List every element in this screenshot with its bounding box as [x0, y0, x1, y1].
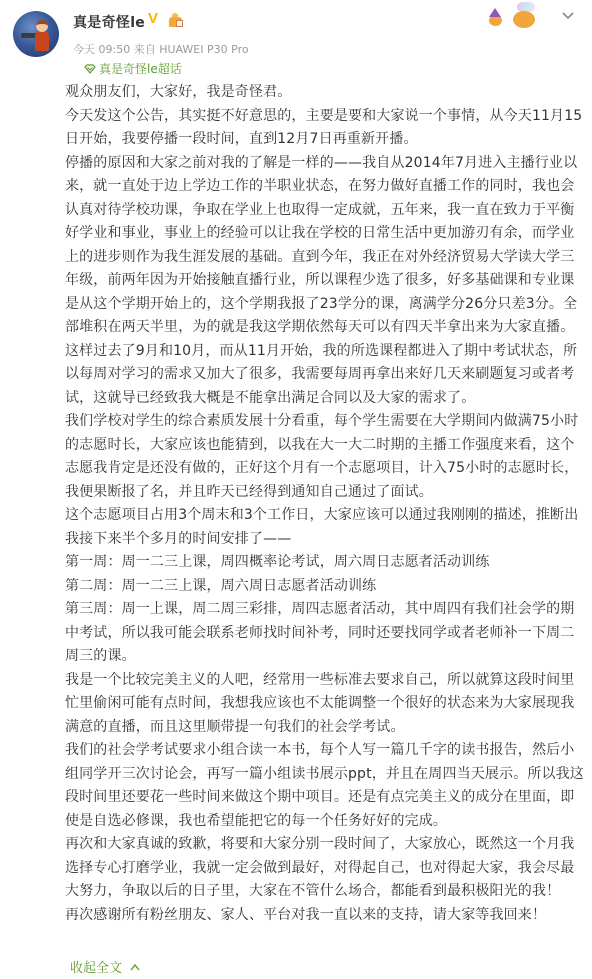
author-name[interactable]: 真是奇怪le: [73, 12, 145, 32]
post-paragraph: 再次和大家真诚的致歉，将要和大家分别一段时间了，大家放心，既然这一个月我选择专心…: [65, 833, 585, 904]
post-paragraph: 停播的原因和大家之前对我的了解是一样的——我自从2014年7月进入主播行业以来，…: [65, 152, 585, 411]
post-paragraph: 我们的社会学考试要求小组合读一本书，每个人写一篇几千字的读书报告，然后小组同学开…: [65, 739, 585, 833]
post-header: 真是奇怪le V 今天 09:50 来自 HUAWEI P30 Pro 真是奇怪…: [0, 0, 592, 84]
supertopic-label: 真是奇怪le超话: [99, 60, 182, 77]
post-paragraph: 第二周：周一二三上课，周六周日志愿者活动训练: [65, 575, 585, 599]
chevron-down-icon[interactable]: [561, 8, 575, 22]
post-paragraph: 观众朋友们，大家好，我是奇怪君。: [65, 81, 585, 105]
post-paragraph: 再次感谢所有粉丝朋友、家人、平台对我一直以来的支持，请大家等我回来！: [65, 904, 585, 928]
halloween-pumpkin-decoration: [485, 2, 547, 30]
post-paragraph: 第一周：周一二三上课，周四概率论考试，周六周日志愿者活动训练: [65, 551, 585, 575]
vip-v-icon: V: [148, 10, 158, 27]
post-paragraph: 今天发这个公告，其实挺不好意思的，主要是要和大家说一个事情，从今天11月15日开…: [65, 105, 585, 152]
post-paragraph: 第三周：周一上课，周二周三彩排，周四志愿者活动，其中周四有我们社会学的期中考试，…: [65, 598, 585, 669]
post-paragraph: 这个志愿项目占用3个周末和3个工作日，大家应该可以通过我刚刚的描述，推断出我接下…: [65, 504, 585, 551]
post-body: 观众朋友们，大家好，我是奇怪君。 今天发这个公告，其实挺不好意思的，主要是要和大…: [65, 81, 585, 927]
supertopic-link[interactable]: 真是奇怪le超话: [84, 60, 182, 77]
chevron-up-icon: [130, 963, 140, 971]
post-paragraph: 我是一个比较完美主义的人吧，经常用一些标准去要求自己，所以就算这段时间里忙里偷闲…: [65, 669, 585, 740]
post-meta: 今天 09:50 来自 HUAWEI P30 Pro: [73, 41, 249, 57]
post-paragraph: 我们学校对学生的综合素质发展十分看重，每个学生需要在大学期间内做满75小时的志愿…: [65, 410, 585, 504]
collapse-label: 收起全文: [70, 957, 122, 976]
avatar[interactable]: [13, 11, 59, 57]
supertopic-diamond-icon: [84, 64, 96, 74]
crown-level-badge-icon[interactable]: [168, 13, 184, 27]
collapse-full-text-button[interactable]: 收起全文: [70, 957, 140, 976]
